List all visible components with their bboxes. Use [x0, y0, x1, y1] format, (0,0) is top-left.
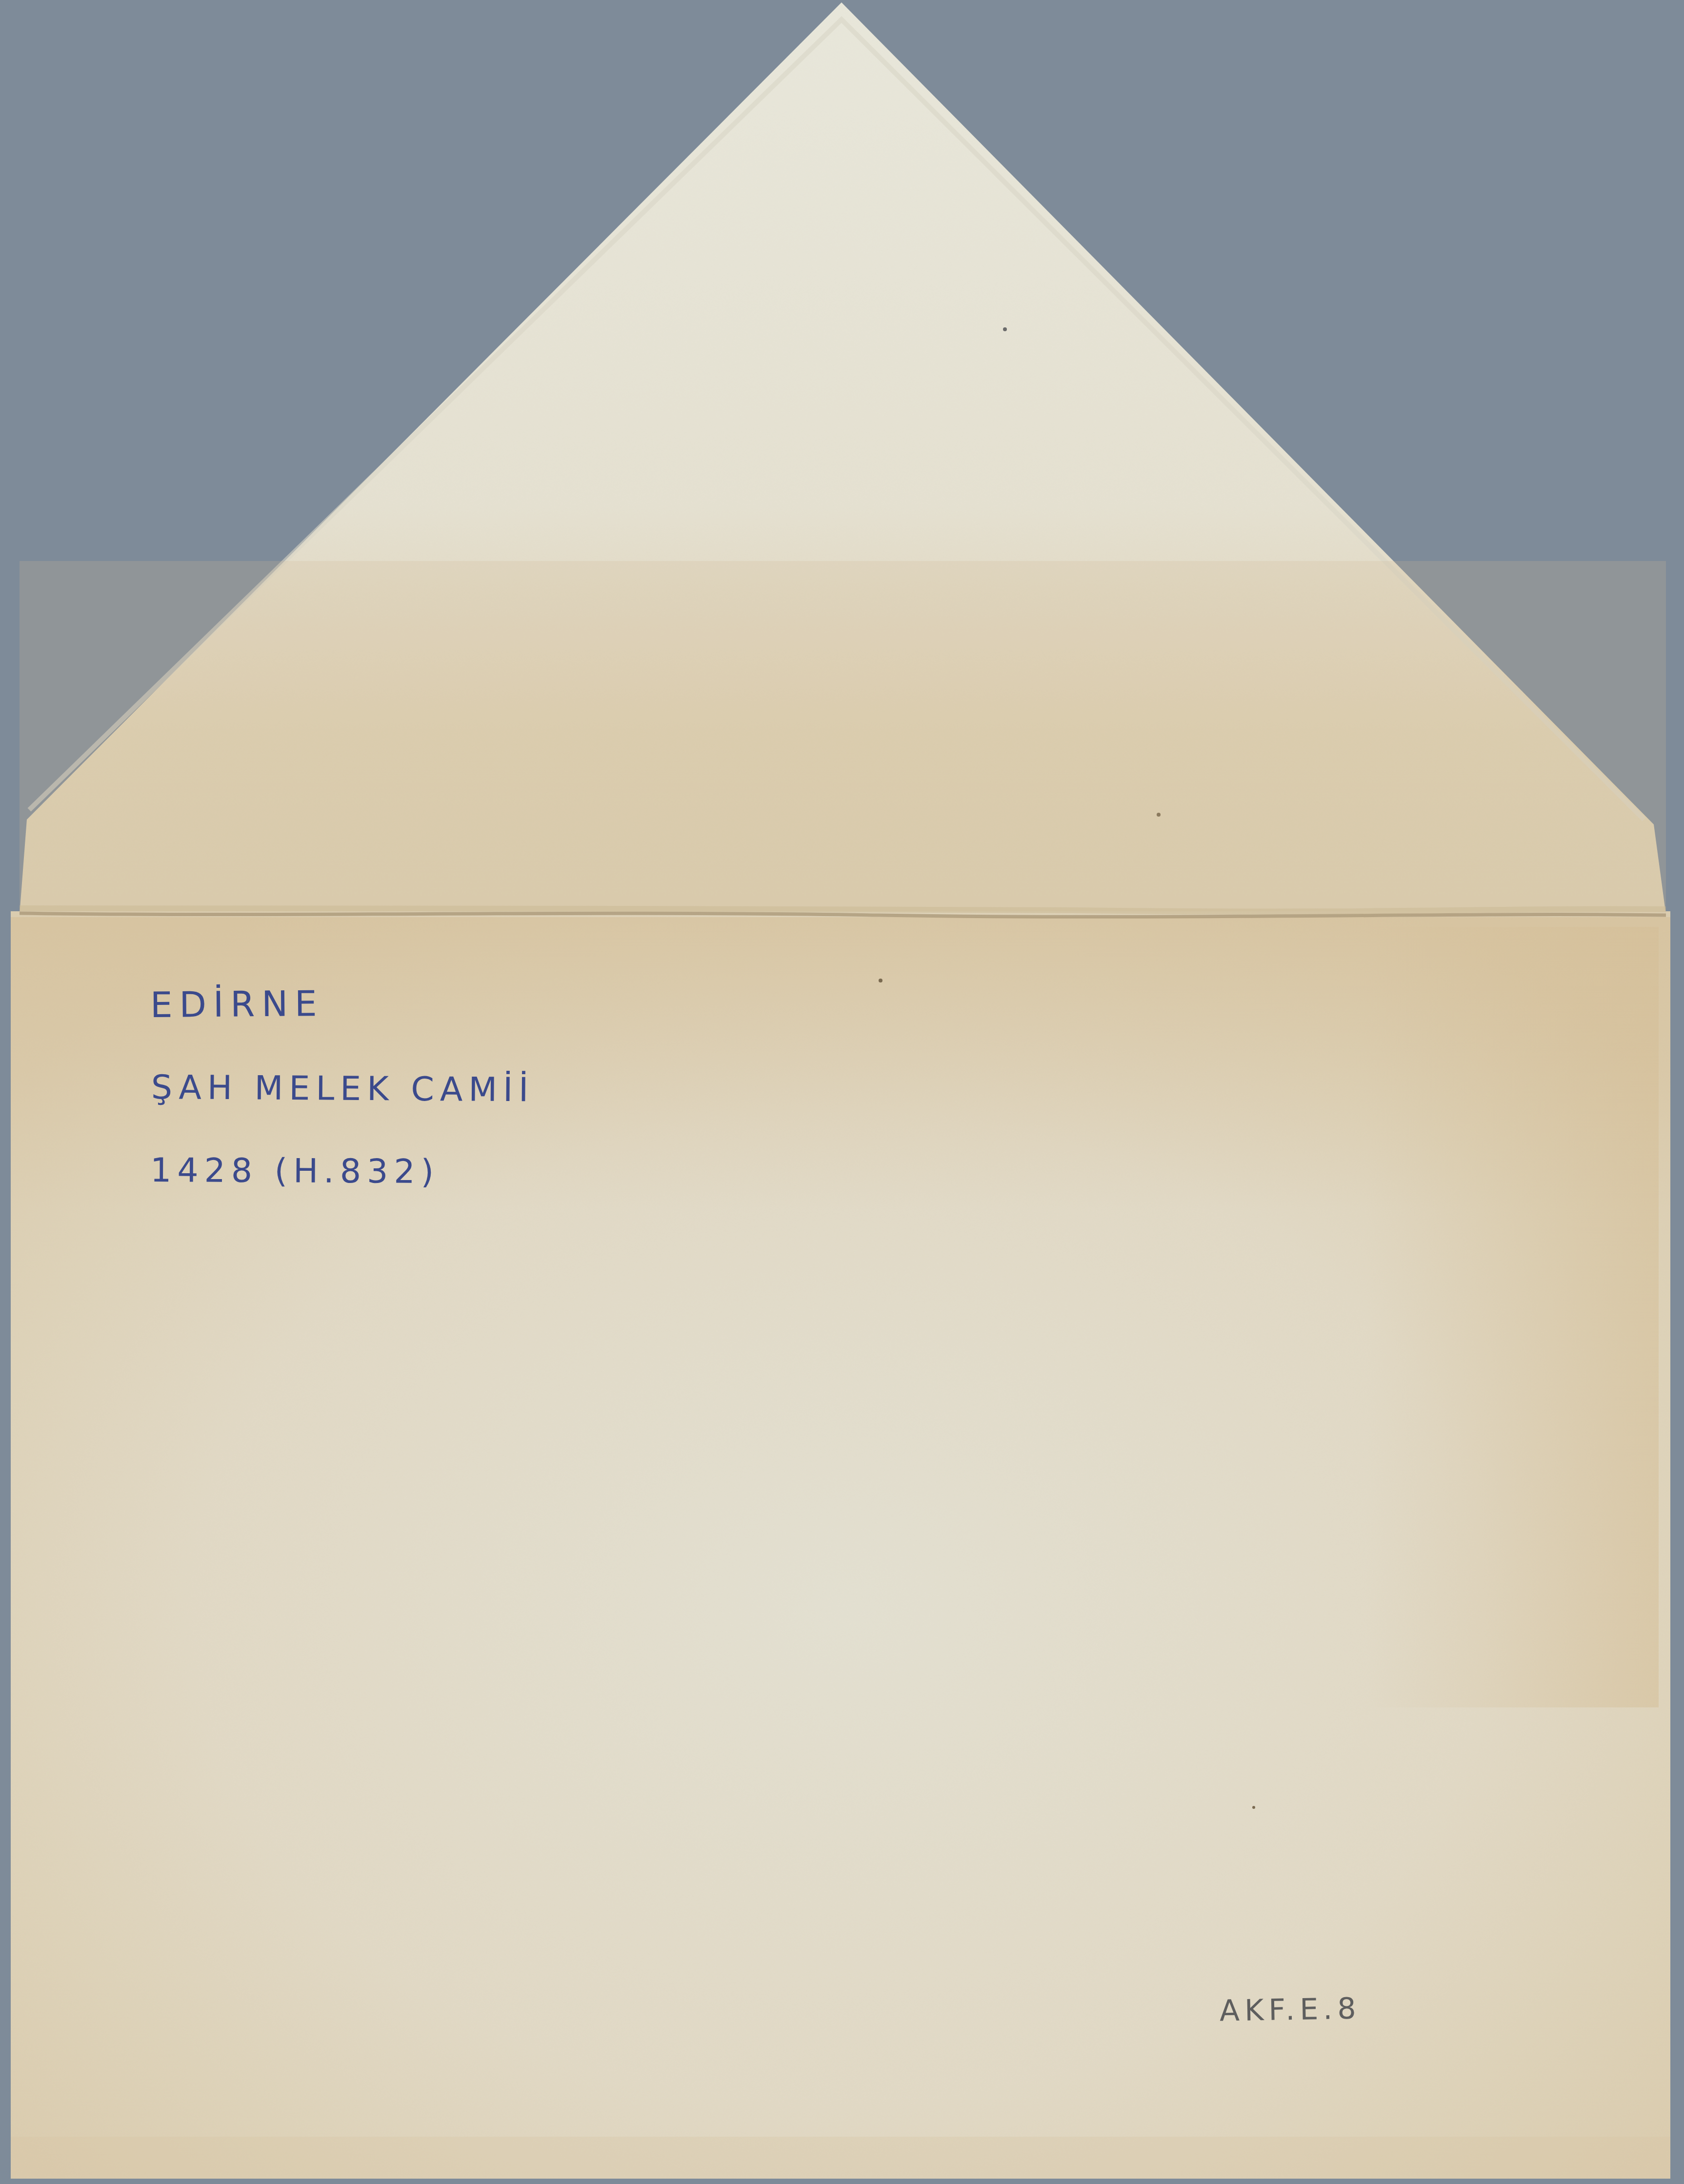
handwritten-date: 1428 (H.832): [150, 1151, 440, 1191]
handwritten-city: EDİRNE: [150, 983, 324, 1025]
handwritten-mosque-name: ŞAH MELEK CAMİİ: [151, 1068, 535, 1109]
catalog-number: AKF.E.8: [1219, 1991, 1361, 2028]
